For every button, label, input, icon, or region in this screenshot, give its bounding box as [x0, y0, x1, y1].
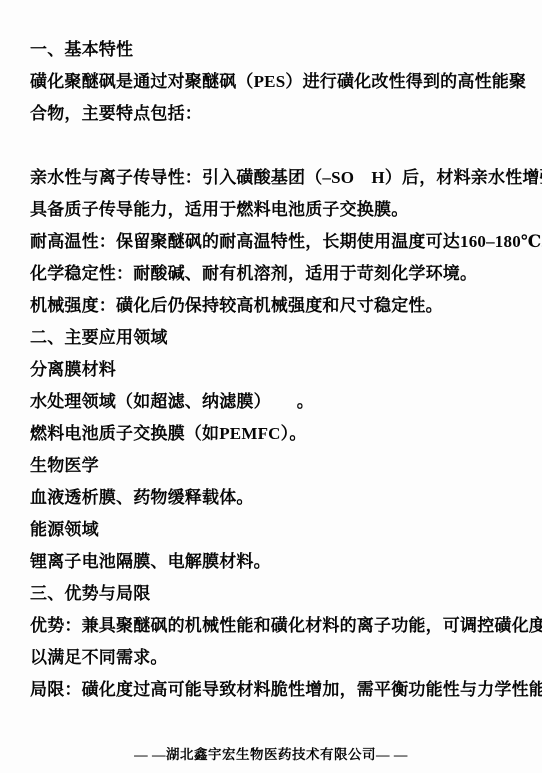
section-heading: 三、优势与局限: [30, 578, 536, 610]
blank-line: [30, 130, 536, 162]
footer-company-name: — —湖北鑫宇宏生物医药技术有限公司— —: [0, 743, 542, 763]
text-line: 耐高温性：保留聚醚砜的耐高温特性，长期使用温度可达160–180℃。: [30, 226, 536, 258]
text-line: 水处理领域（如超滤、纳滤膜） 。: [30, 386, 536, 418]
text-line: 燃料电池质子交换膜（如PEMFC）。: [30, 418, 536, 450]
text-line: 合物，主要特点包括：: [30, 98, 536, 130]
text-line: 血液透析膜、药物缓释载体。: [30, 482, 536, 514]
text-line: 分离膜材料: [30, 354, 536, 386]
text-line: 能源领域: [30, 514, 536, 546]
text-line: 亲水性与离子传导性：引入磺酸基团（–SO H）后，材料亲水性增强，: [30, 162, 536, 194]
text-line: 局限：磺化度过高可能导致材料脆性增加，需平衡功能性与力学性能。: [30, 674, 536, 706]
text-line: 锂离子电池隔膜、电解膜材料。: [30, 546, 536, 578]
text-line: 机械强度：磺化后仍保持较高机械强度和尺寸稳定性。: [30, 290, 536, 322]
document-body: 一、基本特性磺化聚醚砜是通过对聚醚砜（PES）进行磺化改性得到的高性能聚合物，主…: [30, 34, 536, 706]
text-line: 具备质子传导能力，适用于燃料电池质子交换膜。: [30, 194, 536, 226]
text-line: 以满足不同需求。: [30, 642, 536, 674]
text-line: 优势：兼具聚醚砜的机械性能和磺化材料的离子功能，可调控磺化度: [30, 610, 536, 642]
document-page: 一、基本特性磺化聚醚砜是通过对聚醚砜（PES）进行磺化改性得到的高性能聚合物，主…: [0, 0, 542, 773]
text-line: 磺化聚醚砜是通过对聚醚砜（PES）进行磺化改性得到的高性能聚: [30, 66, 536, 98]
text-line: 化学稳定性：耐酸碱、耐有机溶剂，适用于苛刻化学环境。: [30, 258, 536, 290]
section-heading: 二、主要应用领域: [30, 322, 536, 354]
section-heading: 一、基本特性: [30, 34, 536, 66]
text-line: 生物医学: [30, 450, 536, 482]
